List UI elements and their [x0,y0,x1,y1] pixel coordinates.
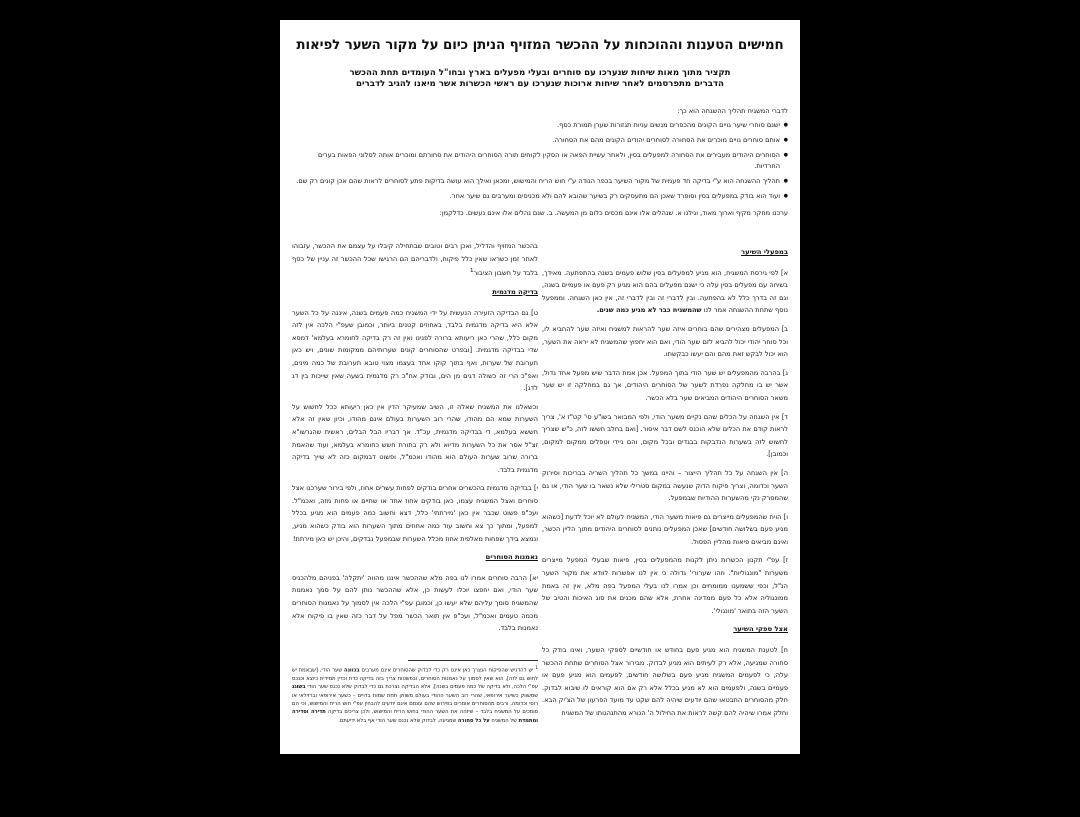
bullet-item: תהליך ההשגחה הוא ע"י בדיקה חד פעמית של מ… [292,176,780,187]
paragraph-gimel: ג] בהרבה מהמפעלים יש שער הודי בתוך המפעל… [542,367,788,405]
paragraph-dalet: ד] אין השגחה על הכלים שהם נקיים משער הוד… [542,411,788,461]
paragraph-chet: ח] לטענת המשגיח הוא מגיע פעם בחודש או חו… [542,644,788,720]
document-page: חמישים הטענות וההוכחות על ההכשר המזויף ה… [280,20,800,754]
bullet-item: הסוחרים היהודים מעבירים את הסחורה למפעלי… [292,150,780,172]
subtitle-line-2: הדברים מתפרסמים לאחר שיחות ארוכות שנערכו… [280,79,800,90]
paragraph-vav: ו] הוית שהמפעלים מייצרים גם פיאות משער ה… [542,511,788,549]
section-heading-suppliers: אצל ספקי השיער [542,623,788,636]
paragraph-zayin: ז] עפ"י תקנון הכשרות ניתן לקנות מהמפעלים… [542,554,788,617]
intro-closing: ערכנו מחקר מקיף וארוך מאוד, וגילנו א. שנ… [292,208,788,219]
paragraph-alef: א] לפי גירסת המשגיח, הוא מגיע למפעלים בס… [542,267,788,317]
footnote-text: 1 יש להדגיש שהפיקוח הנצרך כאן איננו רק כ… [292,665,538,725]
section-heading-factories: במפעלי השיער [542,246,788,259]
right-column: במפעלי השיער א] לפי גירסת המשגיח, הוא מג… [542,240,788,726]
paragraph-question: וכשאלנו את המשגיח שאלה זו, השיב שמעיקר ה… [292,401,538,477]
paragraph-bet: ב] המפעלים מצהירים שהם בוחרים איזה שער ל… [542,323,788,361]
intro-section: לדברי המשגיח תהליך ההשגחה הוא כך: ישנם ס… [292,106,788,222]
document-title: חמישים הטענות וההוכחות על ההכשר המזויף ה… [280,38,800,53]
paragraph-tet: ט] גם הבדיקה הזעירה הנעשית על ידי המשגיח… [292,307,538,395]
process-bullet-list: ישנם סוחרי שיער גויים הקונים מהכפרים מנש… [292,120,788,202]
subtitle-line-1: תקציר מתוך מאות שיחות שנערכו עם סוחרים ו… [280,68,800,79]
continuation-paragraph: בהכשר המזויף והדליל, ואכן רבים וטובים שב… [292,240,538,280]
footnote-separator [408,660,538,661]
intro-lead: לדברי המשגיח תהליך ההשגחה הוא כך: [292,106,788,117]
paragraph-yud: י] בבדיקה מדגמית בהכשרים אחרים בודקים לפ… [292,482,538,545]
document-subtitle: תקציר מתוך מאות שיחות שנערכו עם סוחרים ו… [280,68,800,90]
bullet-item: ישנם סוחרי שיער גויים הקונים מהכפרים מנש… [292,120,780,131]
bullet-item: אותם סוחרים גויים מוכרים את הסחורה לסוחר… [292,135,780,146]
left-column: בהכשר המזויף והדליל, ואכן רבים וטובים שב… [292,240,538,641]
paragraph-he: ה] אין השגחה על כל תהליך הייצור – והיינו… [542,467,788,505]
footnote: 1 יש להדגיש שהפיקוח הנצרך כאן איננו רק כ… [292,660,538,725]
section-heading-sample-check: בדיקה מדגמית [292,286,538,299]
bullet-item: ועוד הוא בודק במפעלים בסין וסופרד שאכן ה… [292,191,780,202]
section-heading-trust: נאמנות הסוחרים [292,551,538,564]
paragraph-yud-alef: יא] הרבה סוחרים אמרו לנו בפה מלא שההכשר … [292,572,538,635]
